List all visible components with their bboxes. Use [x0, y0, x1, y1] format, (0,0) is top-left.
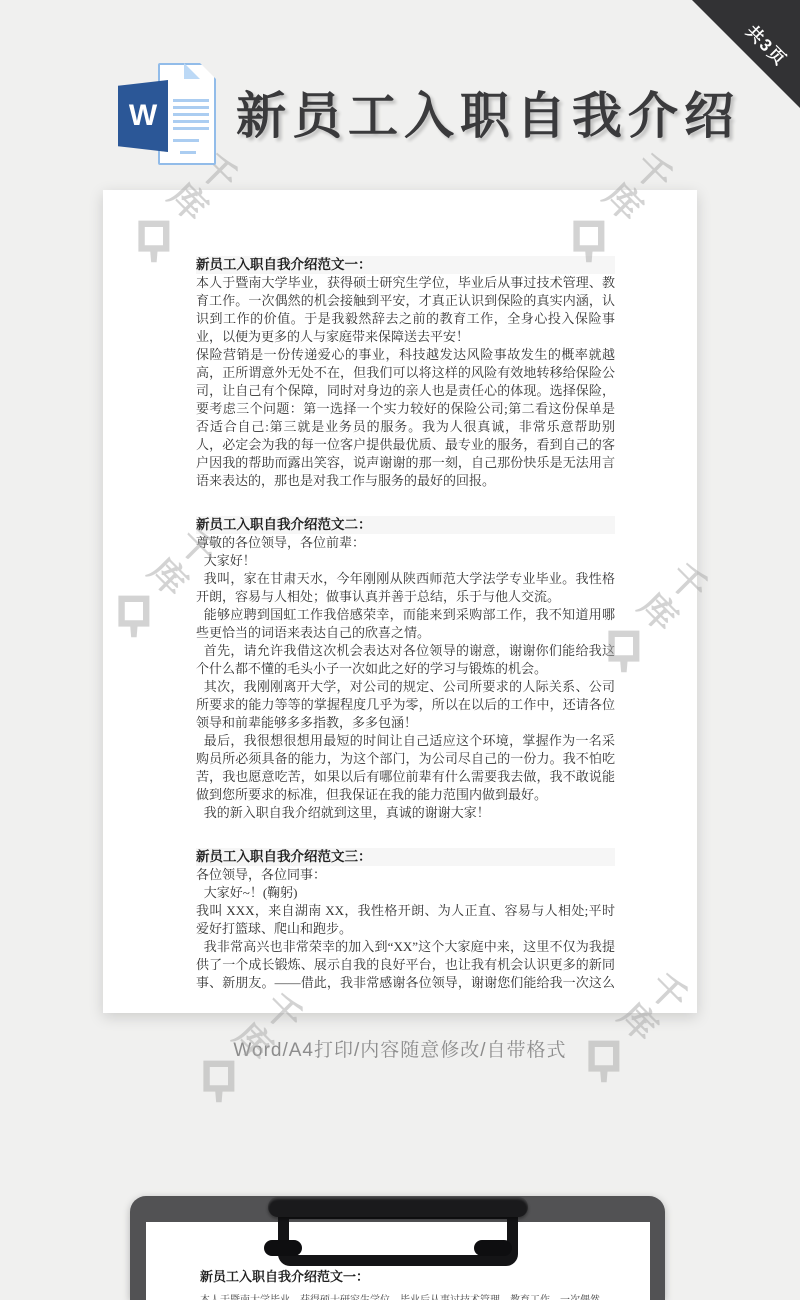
page-title: 新员工入职自我介绍	[236, 76, 740, 148]
document-preview[interactable]: 新员工入职自我介绍范文一： 本人于暨南大学毕业，获得硕士研究生学位，毕业后从事过…	[103, 190, 697, 1013]
paragraph: 最后，我很想很想用最短的时间让自己适应这个环境，掌握作为一名采购员所必须具备的能…	[196, 732, 615, 804]
page-line	[173, 99, 209, 102]
feature-caption: Word/A4打印/内容随意修改/自带格式	[0, 1035, 800, 1062]
clipboard-body-line: 本人于暨南大学毕业，获得硕士研究生学位，毕业后从事过技术管理、教育工作。一次偶然	[200, 1291, 620, 1300]
paragraph: 我非常高兴也非常荣幸的加入到“XX”这个大家庭中来，这里不仅为我提供了一个成长锻…	[196, 938, 615, 991]
template-preview-page: 共3页 W 新员工入职自我介绍 新员工入职自我介绍范文一： 本人于暨南大学毕业，…	[0, 0, 800, 1300]
paragraph: 能够应聘到国虹工作我倍感荣幸，而能来到采购部工作，我不知道用哪些更恰当的词语来表…	[196, 606, 615, 642]
document-section: 新员工入职自我介绍范文一： 本人于暨南大学毕业，获得硕士研究生学位，毕业后从事过…	[196, 256, 615, 490]
page-fold-corner-icon	[200, 63, 216, 79]
paragraph: 我的新入职自我介绍就到这里，真诚的谢谢大家！	[196, 804, 615, 822]
paragraph: 本人于暨南大学毕业，获得硕士研究生学位，毕业后从事过技术管理、教育工作。一次偶然…	[196, 274, 615, 346]
paragraph: 我叫 XXX，来自湖南 XX，我性格开朗、为人正直、容易与人相处;平时爱好打篮球…	[196, 902, 615, 938]
page-line	[180, 151, 196, 154]
paragraph: 大家好~！(鞠躬)	[196, 884, 615, 902]
page-line	[173, 120, 209, 123]
paragraph: 其次，我刚刚离开大学，对公司的规定、公司所要求的人际关系、公司所要求的能力等等的…	[196, 678, 615, 732]
clipboard-clip-cap-right	[474, 1240, 512, 1256]
paragraph: 首先，请允许我借这次机会表达对各位领导的谢意，谢谢你们能给我这个什么都不懂的毛头…	[196, 642, 615, 678]
document-text: 新员工入职自我介绍范文一： 本人于暨南大学毕业，获得硕士研究生学位，毕业后从事过…	[196, 256, 615, 991]
clipboard-clip-cap-left	[264, 1240, 302, 1256]
paragraph: 尊敬的各位领导，各位前辈：	[196, 534, 615, 552]
page-line	[173, 127, 209, 130]
page-fold-shade	[184, 63, 200, 79]
document-section: 新员工入职自我介绍范文二： 尊敬的各位领导，各位前辈： 大家好！ 我叫，家在甘肃…	[196, 516, 615, 822]
paragraph: 各位领导，各位同事：	[196, 866, 615, 884]
paragraph: 保险营销是一份传递爱心的事业，科技越发达风险事故发生的概率就越高，正所谓意外无处…	[196, 346, 615, 490]
word-letter: W	[129, 99, 157, 133]
word-w-banner: W	[118, 80, 168, 152]
clipboard-preview[interactable]: 新员工入职自我介绍范文一： 本人于暨南大学毕业，获得硕士研究生学位，毕业后从事过…	[130, 1196, 665, 1300]
document-section: 新员工入职自我介绍范文三： 各位领导，各位同事： 大家好~！(鞠躬) 我叫 XX…	[196, 848, 615, 991]
section-heading: 新员工入职自我介绍范文二：	[196, 516, 615, 534]
word-document-icon: W	[112, 60, 216, 166]
paragraph: 我叫，家在甘肃天水，今年刚刚从陕西师范大学法学专业毕业。我性格开朗，容易与人相处…	[196, 570, 615, 606]
paragraph: 大家好！	[196, 552, 615, 570]
clipboard-section-heading: 新员工入职自我介绍范文一：	[200, 1266, 369, 1285]
section-heading: 新员工入职自我介绍范文三：	[196, 848, 615, 866]
page-line	[173, 106, 209, 109]
page-line	[173, 139, 199, 142]
clipboard-clip-bar	[268, 1197, 528, 1217]
section-heading: 新员工入职自我介绍范文一：	[196, 256, 615, 274]
page-line	[173, 113, 209, 116]
